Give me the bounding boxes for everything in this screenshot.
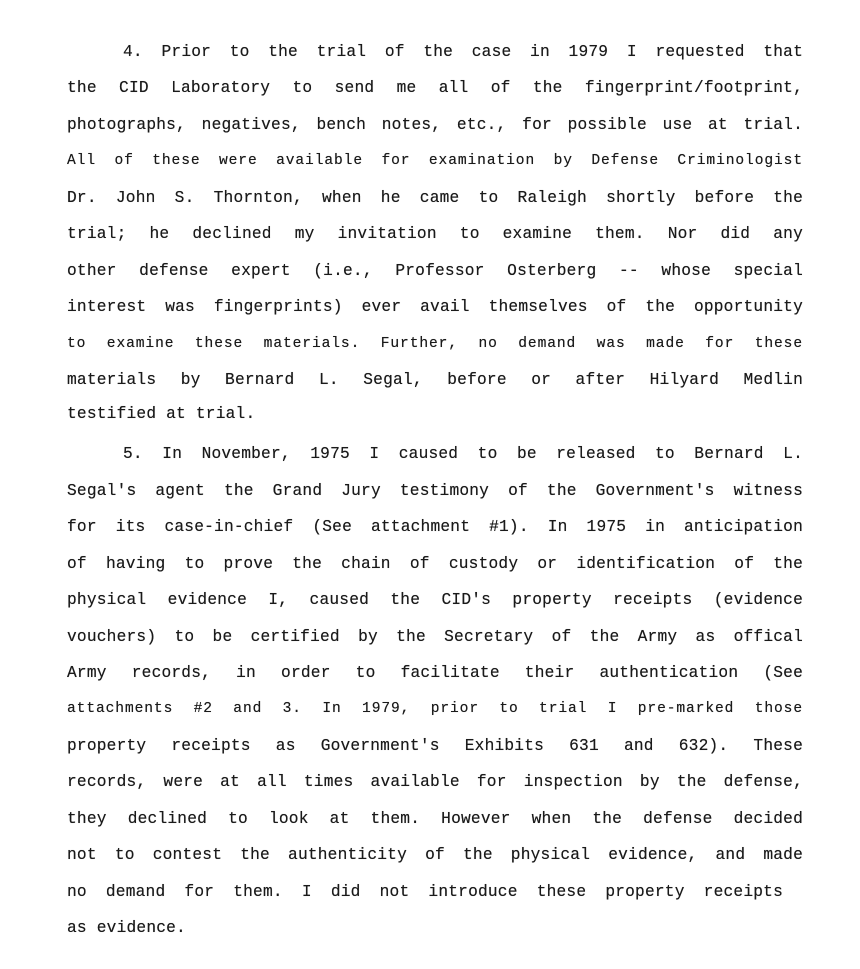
text-line: Segal's agent the Grand Jury testimony o…: [67, 481, 803, 501]
text-line: vouchers) to be certified by the Secreta…: [67, 627, 803, 647]
text-line: materials by Bernard L. Segal, before or…: [67, 370, 803, 390]
text-line: other defense expert (i.e., Professor Os…: [67, 261, 803, 281]
text-line: as evidence.: [67, 918, 803, 938]
text-line: 5. In November, 1975 I caused to be rele…: [123, 444, 803, 464]
text-line: for its case-in-chief (See attachment #1…: [67, 517, 803, 537]
text-line: property receipts as Government's Exhibi…: [67, 736, 803, 756]
document-page: 4. Prior to the trial of the case in 197…: [0, 0, 860, 969]
text-line: Army records, in order to facilitate the…: [67, 663, 803, 683]
text-line: interest was fingerprints) ever avail th…: [67, 297, 803, 317]
text-line: All of these were available for examinat…: [67, 151, 803, 171]
text-line: trial; he declined my invitation to exam…: [67, 224, 803, 244]
text-line: attachments #2 and 3. In 1979, prior to …: [67, 699, 803, 719]
text-line: records, were at all times available for…: [67, 772, 803, 792]
text-line: they declined to look at them. However w…: [67, 809, 803, 829]
text-line: 4. Prior to the trial of the case in 197…: [123, 42, 803, 62]
text-line: not to contest the authenticity of the p…: [67, 845, 803, 865]
text-line: the CID Laboratory to send me all of the…: [67, 78, 803, 98]
text-line: Dr. John S. Thornton, when he came to Ra…: [67, 188, 803, 208]
text-line: to examine these materials. Further, no …: [67, 334, 803, 354]
text-line: of having to prove the chain of custody …: [67, 554, 803, 574]
text-line: photographs, negatives, bench notes, etc…: [67, 115, 803, 135]
text-line: testified at trial.: [67, 404, 803, 424]
text-line: no demand for them. I did not introduce …: [67, 882, 783, 902]
text-line: physical evidence I, caused the CID's pr…: [67, 590, 803, 610]
